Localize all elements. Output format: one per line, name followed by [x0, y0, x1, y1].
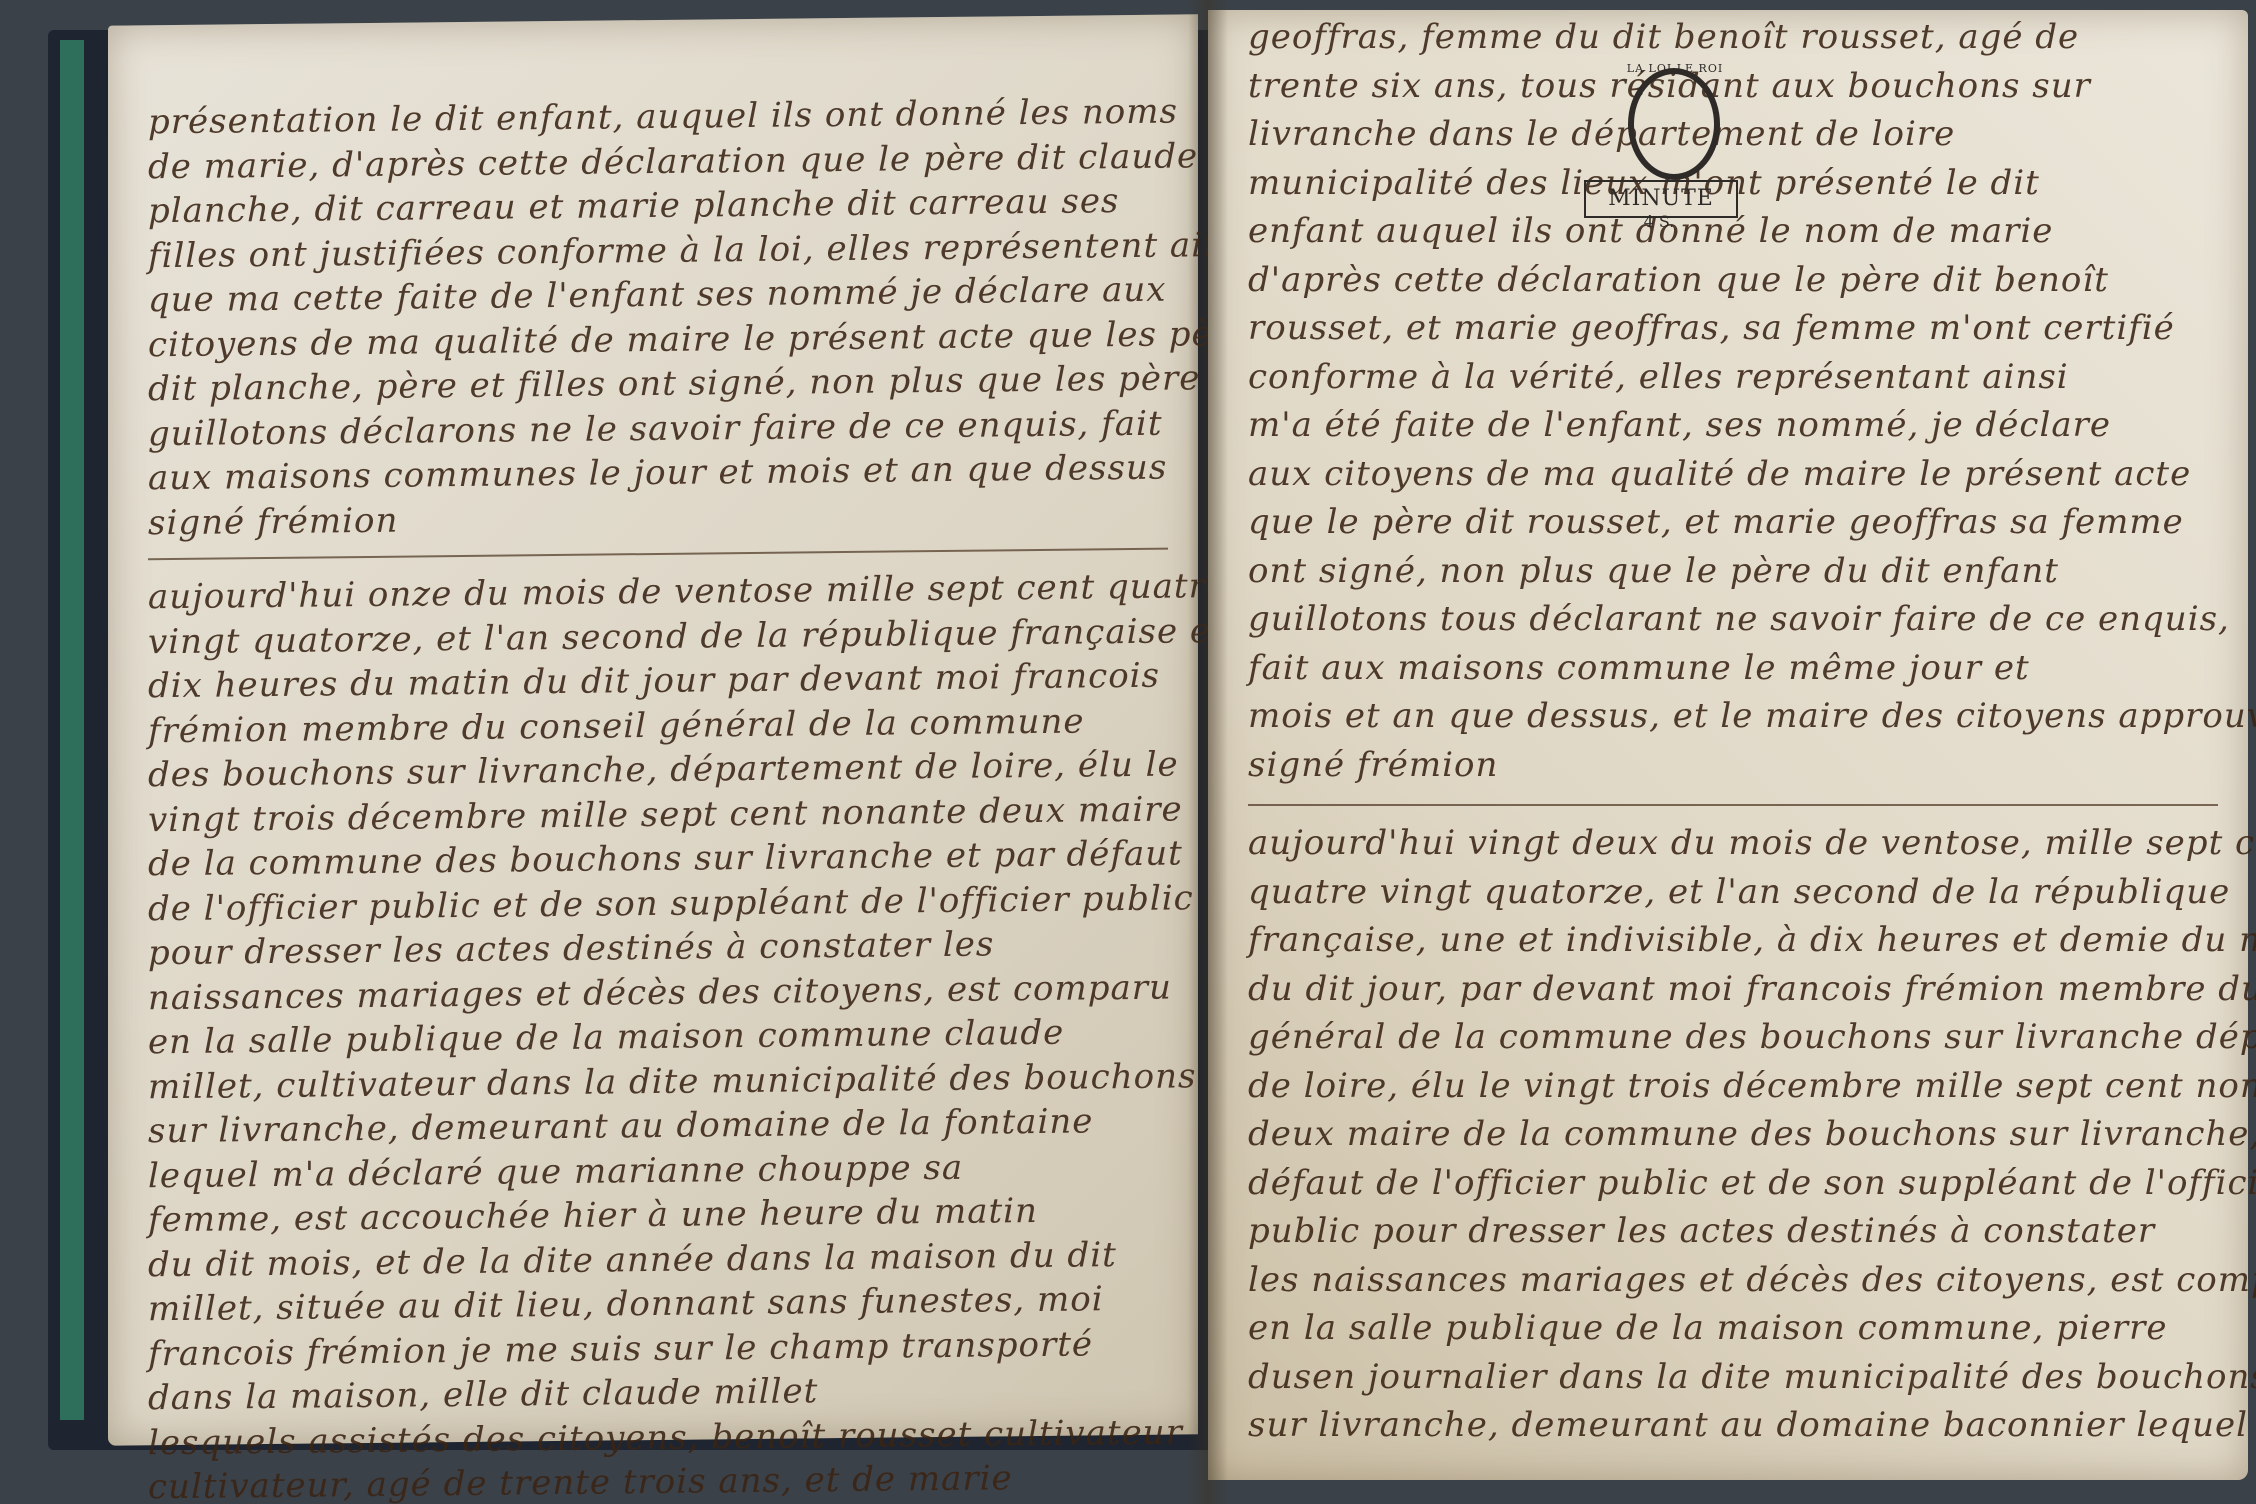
handwritten-line: des bouchons sur livranche, département …	[148, 747, 1179, 792]
handwritten-line: que le père dit rousset, et marie geoffr…	[1248, 505, 2184, 539]
handwritten-line: lequel m'a déclaré que marianne chouppe …	[148, 1150, 963, 1193]
justice-figure-icon	[1628, 68, 1720, 180]
handwritten-line: m'a été faite de l'enfant, ses nommé, je…	[1248, 408, 2111, 442]
handwritten-line: public pour dresser les actes destinés à…	[1248, 1214, 2155, 1248]
handwritten-line: d'après cette déclaration que le père di…	[1248, 263, 2109, 297]
handwritten-line: les naissances mariages et décès des cit…	[1248, 1263, 2256, 1297]
handwritten-line: du dit jour, par devant moi francois fré…	[1248, 972, 2256, 1006]
handwritten-line: aux maisons communes le jour et mois et …	[148, 451, 1167, 496]
handwritten-line: millet, située au dit lieu, donnant sans…	[148, 1282, 1104, 1326]
minute-tax-stamp: LA LOI LE ROI MINUTE 4 S.	[1580, 62, 1770, 232]
handwritten-line: de l'officier public et de son suppléant…	[148, 881, 1194, 926]
handwritten-line: aujourd'hui onze du mois de ventose mill…	[148, 569, 1227, 614]
handwritten-line: sur livranche, demeurant au domaine baco…	[1248, 1408, 2248, 1442]
handwritten-line: filles ont justifiées conforme à la loi,…	[148, 227, 1256, 273]
handwritten-line: de loire, élu le vingt trois décembre mi…	[1248, 1069, 2256, 1103]
handwritten-line: mois et an que dessus, et le maire des c…	[1248, 699, 2256, 733]
handwritten-line: signé frémion	[1248, 748, 1498, 782]
handwritten-line: fait aux maisons commune le même jour et	[1248, 651, 2030, 685]
handwritten-line: ont signé, non plus que le père du dit e…	[1248, 554, 2059, 588]
handwritten-line: quatre vingt quatorze, et l'an second de…	[1248, 875, 2230, 909]
handwritten-line: conforme à la vérité, elles représentant…	[1248, 360, 2069, 394]
handwritten-line: présentation le dit enfant, auquel ils o…	[148, 95, 1178, 140]
handwritten-line: française, une et indivisible, à dix heu…	[1248, 923, 2256, 957]
handwritten-line: en la salle publique de la maison commun…	[148, 1016, 1064, 1060]
handwritten-line: sur livranche, demeurant au domaine de l…	[148, 1104, 1093, 1148]
handwritten-line: défaut de l'officier public et de son su…	[1248, 1166, 2256, 1200]
handwritten-line: que ma cette faite de l'enfant ses nommé…	[148, 273, 1166, 318]
handwritten-line: aujourd'hui vingt deux du mois de ventos…	[1248, 826, 2256, 860]
handwritten-line: aux citoyens de ma qualité de maire le p…	[1248, 457, 2191, 491]
handwritten-line: pour dresser les actes destinés à consta…	[148, 927, 994, 970]
entry-separator-rule	[1248, 804, 2218, 806]
handwritten-line: francois frémion je me suis sur le champ…	[148, 1327, 1093, 1371]
handwritten-line: guillotons déclarons ne le savoir faire …	[148, 406, 1163, 451]
book-gutter	[1188, 0, 1228, 1504]
handwritten-line: vingt trois décembre mille sept cent non…	[148, 792, 1183, 837]
handwritten-line: millet, cultivateur dans la dite municip…	[148, 1059, 1196, 1104]
handwritten-line: naissances mariages et décès des citoyen…	[148, 970, 1172, 1015]
handwritten-line: cultivateur, agé de trente trois ans, et…	[148, 1461, 1013, 1504]
handwritten-line: de marie, d'après cette déclaration que …	[148, 139, 1198, 184]
green-cover-edge	[60, 40, 84, 1420]
left-page-text: présentation le dit enfant, auquel ils o…	[108, 14, 1198, 1445]
handwritten-line: dusen journalier dans la dite municipali…	[1248, 1360, 2256, 1394]
left-page: présentation le dit enfant, auquel ils o…	[108, 14, 1198, 1445]
handwritten-line: dix heures du matin du dit jour par deva…	[148, 659, 1160, 704]
handwritten-line: deux maire de la commune des bouchons su…	[1248, 1117, 2256, 1151]
open-register-book: présentation le dit enfant, auquel ils o…	[48, 0, 2256, 1504]
handwritten-line: dit planche, père et filles ont signé, n…	[148, 361, 1200, 406]
handwritten-line: rousset, et marie geoffras, sa femme m'o…	[1248, 311, 2175, 345]
handwritten-line: guillotons tous déclarant ne savoir fair…	[1248, 602, 2230, 636]
handwritten-line: citoyens de ma qualité de maire le prése…	[148, 316, 1269, 362]
handwritten-line: lesquels assistés des citoyens, benoît r…	[148, 1415, 1183, 1460]
handwritten-line: vingt quatorze, et l'an second de la rép…	[148, 614, 1226, 659]
handwritten-line: signé frémion	[148, 503, 398, 540]
handwritten-line: planche, dit carreau et marie planche di…	[148, 184, 1119, 228]
handwritten-line: frémion membre du conseil général de la …	[148, 704, 1084, 748]
entry-separator-rule	[148, 548, 1168, 561]
handwritten-line: geoffras, femme du dit benoît rousset, a…	[1248, 20, 2079, 54]
stamp-price: 4 S.	[1584, 212, 1734, 231]
handwritten-line: femme, est accouchée hier à une heure du…	[148, 1194, 1038, 1237]
handwritten-line: en la salle publique de la maison commun…	[1248, 1311, 2168, 1345]
handwritten-line: général de la commune des bouchons sur l…	[1248, 1020, 2256, 1054]
handwritten-line: dans la maison, elle dit claude millet	[148, 1374, 818, 1415]
handwritten-line: du dit mois, et de la dite année dans la…	[148, 1238, 1117, 1282]
handwritten-line: de la commune des bouchons sur livranche…	[148, 836, 1183, 881]
